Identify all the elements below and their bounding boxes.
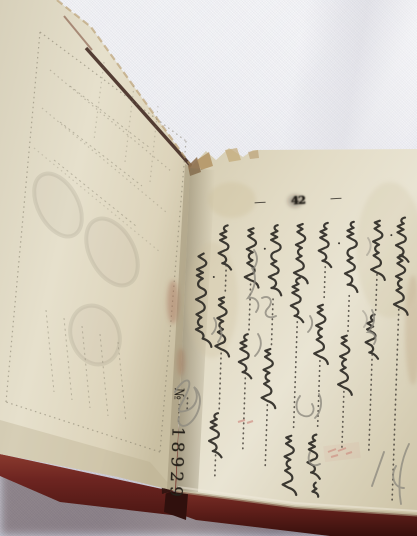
handwriting-scribble [309,452,320,465]
handwriting-scribble [212,318,221,342]
handwriting-scribble [297,394,322,418]
handwriting-scribble [248,250,258,312]
handwriting-scribble [363,238,371,327]
pencil-handwriting [0,0,417,536]
handwriting-flourish [372,444,409,504]
handwriting-signature [175,380,200,425]
photograph-open-mongolian-booklet: — 42 — № ····· 18929 [0,0,417,536]
